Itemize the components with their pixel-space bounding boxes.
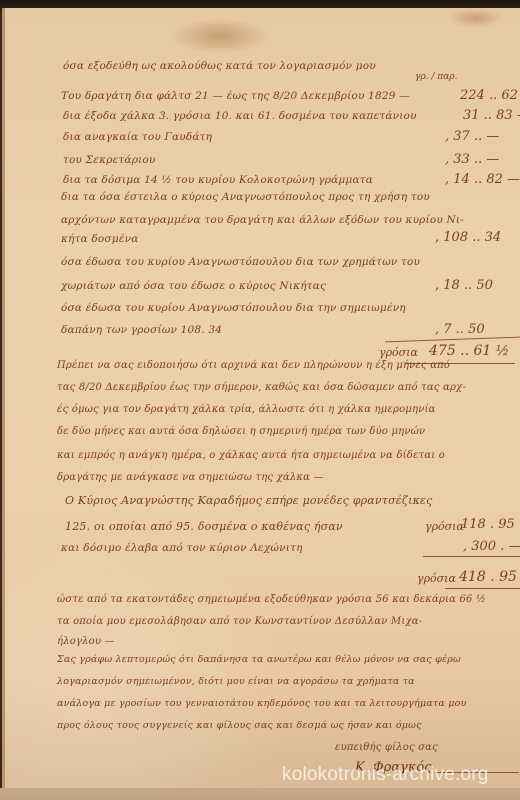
paragraph-line: Σας γράφω λεπτομερώς ότι δαπάνησα τα ανω…: [57, 654, 461, 665]
ledger-line: δια τα δόσιμα 14 ½ του κυρίου Κολοκοτρών…: [63, 174, 373, 186]
ledger-line: όσα έδωσα του κυρίου Αναγνωστόπουλου δια…: [61, 302, 406, 314]
ledger-line: δια τα όσα έστειλα ο κύριος Αναγνωστόπου…: [61, 191, 430, 203]
ledger-line: αρχόντων καταγραμμένα του δραγάτη και άλ…: [61, 214, 464, 226]
paragraph-line: Πρέπει να σας ειδοποιήσω ότι αρχινά και …: [57, 360, 450, 371]
ledger-line: Του δραγάτη δια φάλτσ 21 — έως της 8/20 …: [61, 90, 410, 102]
ledger-line: δια έξοδα χάλκα 3. γρόσια 10. και 61. δο…: [63, 110, 417, 122]
ledger-line: κήτα δοσμένα: [61, 233, 139, 245]
ledger-amount: , 33 .. —: [445, 152, 499, 167]
paragraph-line: δραγάτης με ανάγκασε να σημειώσω της χάλ…: [57, 472, 324, 483]
paragraph-line: λογαριασμόν σημειωμένον, διότι μου είναι…: [57, 676, 415, 687]
paragraph-line: ές όμως για τον δραγάτη χάλκα τρία, άλλω…: [57, 404, 436, 415]
total-amount: 418 . 95: [459, 569, 517, 585]
paragraph-line: ανάλογα με γροσίων του γενναιοτάτου κηδε…: [57, 698, 467, 709]
paragraph-line: και εμπρός η ανάγκη ημέρα, ο χάλκας αυτά…: [57, 450, 445, 461]
total-rule: [385, 337, 520, 343]
paragraph-line: 125. οι οποίαι από 95. δοσμένα ο καθένας…: [65, 520, 343, 533]
sub-amount: 118 . 95: [461, 517, 515, 532]
watermark: kolokotronis-archive.org: [282, 764, 489, 786]
currency-header: γρ. / παρ.: [415, 72, 457, 82]
paragraph-line: δε δύο μήνες και αυτά όσα δηλώσει η σημε…: [57, 426, 425, 437]
sub-amount: , 300 . —: [463, 539, 520, 554]
ledger-line: όσα έδωσα του κυρίου Αναγνωστόπουλου δια…: [61, 256, 420, 268]
ledger-line: δια αναγκαία του Γαυδάτη: [63, 131, 212, 143]
ledger-line: χωριάτων από όσα του έδωσε ο κύριος Νική…: [61, 280, 326, 292]
total-label: γρόσια: [417, 572, 456, 585]
ledger-amount: , 14 .. 82 —: [445, 172, 520, 187]
paragraph-line: ήλογλου —: [57, 636, 115, 647]
ledger-amount: 31 .. 83 —: [463, 108, 520, 123]
heading: όσα εξοδεύθη ως ακολούθως κατά τον λογαρ…: [63, 60, 376, 72]
paragraph-line: τας 8/20 Δεκεμβρίου έως την σήμερον, καθ…: [57, 382, 466, 393]
paragraph-line: προς όλους τους συγγενείς και φίλους σας…: [57, 720, 422, 731]
ledger-amount: , 7 .. 50: [435, 322, 485, 337]
bottom-edge: [0, 788, 520, 800]
sub-amount-label: γρόσια: [425, 520, 464, 533]
document-page: όσα εξοδεύθη ως ακολούθως κατά τον λογαρ…: [2, 8, 520, 792]
paragraph-line: Ο Κύριος Αναγνώστης Καραδήμος επήρε μονέ…: [65, 494, 432, 507]
ledger-amount: , 18 .. 50: [435, 278, 493, 293]
ledger-amount: , 108 .. 34: [435, 230, 501, 245]
ledger-line: του Σεκρετάριου: [63, 154, 156, 166]
ledger-line: δαπάνη των γροσίων 108. 34: [61, 324, 222, 336]
total-label: γρόσια: [379, 346, 418, 359]
paragraph-line: και δόσιμο έλαβα από τον κύριον Λεχώνιτη: [61, 542, 303, 554]
closing-line: ευπειθής φίλος σας: [335, 742, 438, 753]
total-underline: [445, 588, 520, 589]
ledger-amount: 224 .. 62 ½: [460, 88, 520, 103]
paragraph-line: τα οποία μου εμεσολάβησαν από τον Κωνστα…: [57, 616, 422, 627]
total-rule: [423, 556, 520, 557]
paragraph-line: ώστε από τα εκατοντάδες σημειωμένα εξοδε…: [57, 594, 486, 605]
total-amount: 475 .. 61 ½: [429, 343, 509, 359]
ledger-amount: , 37 .. —: [445, 129, 499, 144]
